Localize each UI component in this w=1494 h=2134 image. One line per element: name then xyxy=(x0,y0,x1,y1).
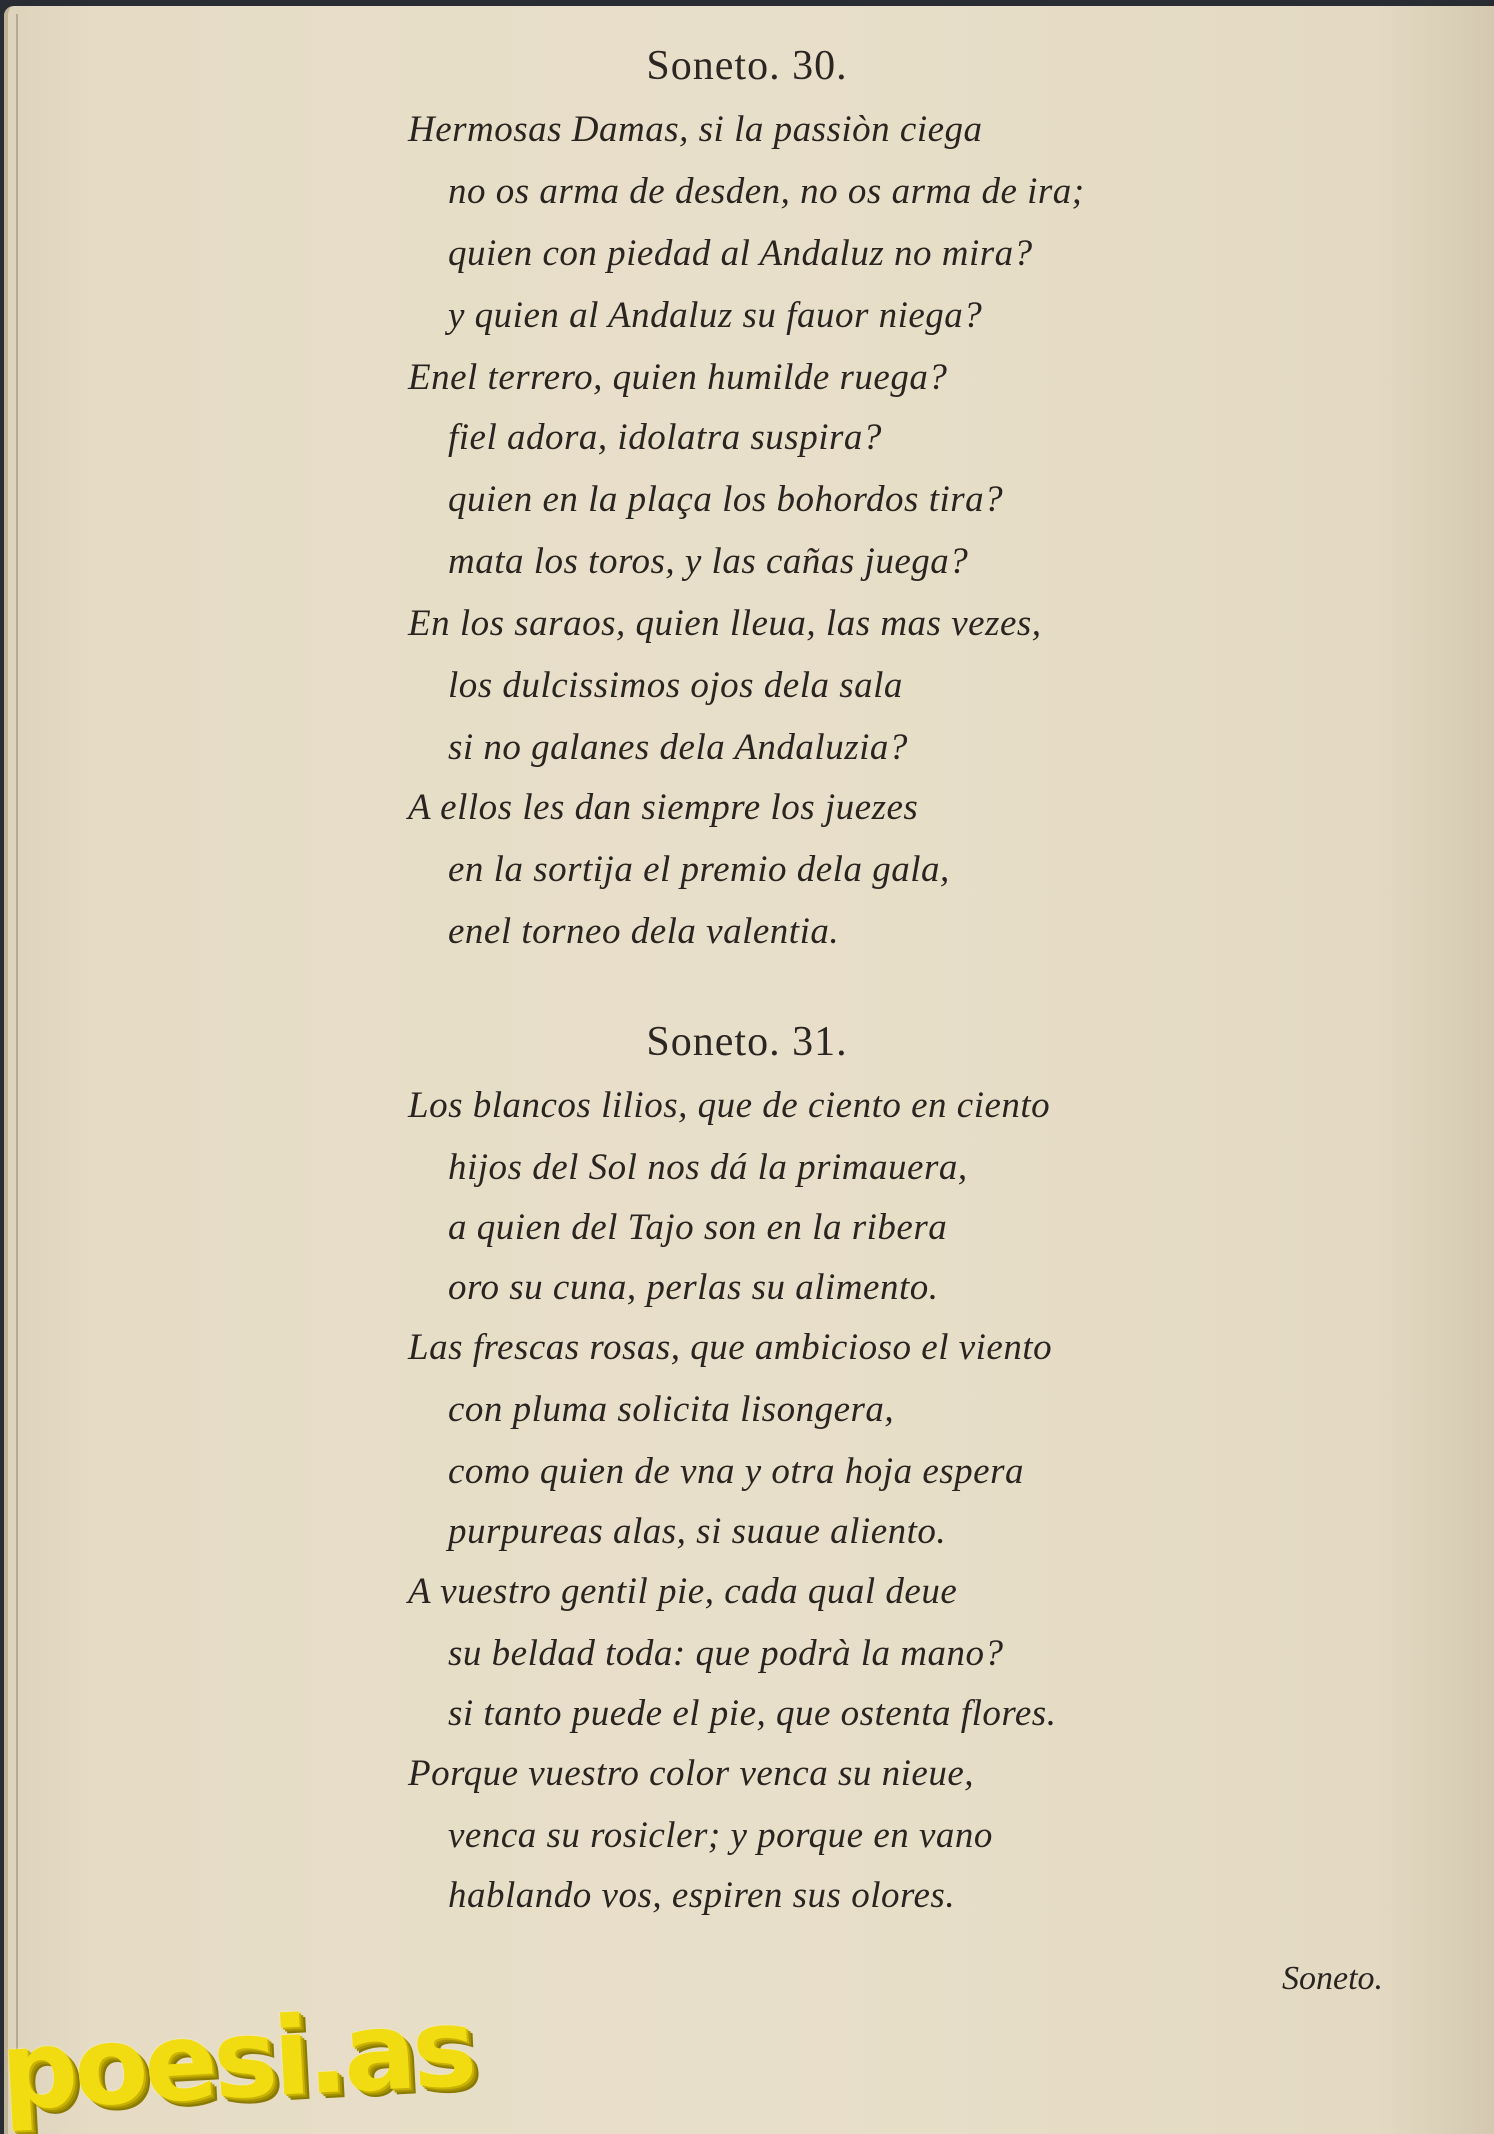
verse-line: en la sortija el premio dela gala, xyxy=(448,848,950,891)
verse-line: purpureas alas, si suaue aliento. xyxy=(448,1510,946,1553)
sonnet-title: Soneto. 31. xyxy=(0,1018,1494,1066)
watermark-logo: poesi.as xyxy=(0,1985,476,2134)
verse-line: Hermosas Damas, si la passiòn ciega xyxy=(408,108,983,151)
verse-line: enel torneo dela valentia. xyxy=(448,910,839,953)
verse-line: con pluma solicita lisongera, xyxy=(448,1388,894,1431)
verse-line: fiel adora, idolatra suspira? xyxy=(448,416,882,459)
verse-line: si tanto puede el pie, que ostenta flore… xyxy=(448,1692,1056,1735)
verse-line: como quien de vna y otra hoja espera xyxy=(448,1450,1024,1493)
verse-line: hijos del Sol nos dá la primauera, xyxy=(448,1146,968,1189)
verse-line: En los saraos, quien lleua, las mas veze… xyxy=(408,602,1042,645)
verse-line: Enel terrero, quien humilde ruega? xyxy=(408,356,947,399)
verse-line: venca su rosicler; y porque en vano xyxy=(448,1814,993,1857)
verse-line: quien en la plaça los bohordos tira? xyxy=(448,478,1003,521)
verse-line: y quien al Andaluz su fauor niega? xyxy=(448,294,982,337)
verse-line: su beldad toda: que podrà la mano? xyxy=(448,1632,1004,1675)
verse-line: hablando vos, espiren sus olores. xyxy=(448,1874,955,1917)
sonnet-title: Soneto. 30. xyxy=(0,42,1494,90)
manuscript-text: Soneto. 30. Hermosas Damas, si la passiò… xyxy=(0,0,1494,2134)
verse-line: los dulcissimos ojos dela sala xyxy=(448,664,903,707)
verse-line: Porque vuestro color venca su nieue, xyxy=(408,1752,974,1795)
verse-line: Los blancos lilios, que de ciento en cie… xyxy=(408,1084,1050,1127)
verse-line: oro su cuna, perlas su alimento. xyxy=(448,1266,938,1309)
verse-line: Las frescas rosas, que ambicioso el vien… xyxy=(408,1326,1052,1369)
verse-line: mata los toros, y las cañas juega? xyxy=(448,540,968,583)
verse-line: no os arma de desden, no os arma de ira; xyxy=(448,170,1085,213)
catchword: Soneto. xyxy=(1282,1960,1383,1998)
verse-line: A vuestro gentil pie, cada qual deue xyxy=(408,1570,957,1613)
verse-line: si no galanes dela Andaluzia? xyxy=(448,726,908,769)
verse-line: a quien del Tajo son en la ribera xyxy=(448,1206,947,1249)
verse-line: A ellos les dan siempre los juezes xyxy=(408,786,918,829)
verse-line: quien con piedad al Andaluz no mira? xyxy=(448,232,1033,275)
